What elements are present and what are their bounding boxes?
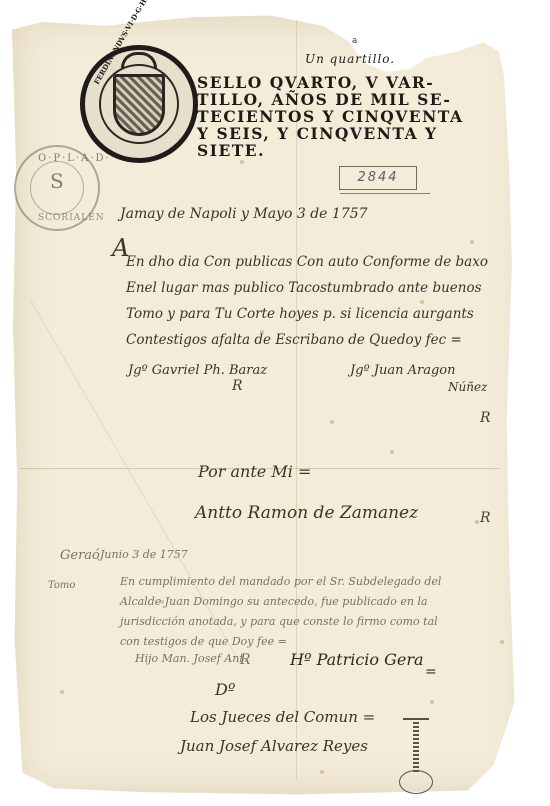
stamp-top-text: O·P·L·A·D· (38, 153, 111, 164)
rubric-mark: = (425, 664, 437, 680)
stamp-price-line: Un quartillo. (305, 52, 395, 66)
stamp-bottom-text: SCORIALEN (38, 213, 105, 223)
stamp-line: SIETE. (197, 142, 522, 159)
closing-initials: Dº (215, 680, 235, 699)
notary-heading: Por ante Mi = (198, 462, 311, 481)
first-dateline: Jamay de Napoli y Mayo 3 de 1757 (120, 206, 368, 222)
second-dateline: Junio 3 de 1757 (100, 548, 188, 561)
margin-note: Tomo (48, 580, 75, 591)
flourish-icon (405, 720, 427, 796)
notary-signature: Antto Ramon de Zamanez (195, 503, 418, 523)
body-line: con testigos de que Doy fee = (120, 635, 287, 648)
body-line: En dho dia Con publicas Con auto Conform… (126, 254, 488, 270)
rubric-mark: R (232, 378, 243, 394)
body-line: jurisdicción anotada, y para que conste … (120, 615, 438, 628)
body-line: En cumplimiento del mandado por el Sr. S… (120, 575, 441, 588)
body-line: Contestigos afalta de Escribano de Quedo… (126, 332, 462, 348)
stamp-line: SELLO QVARTO, V VAR- (197, 74, 522, 91)
witness-signature: Hº Patricio Gera (290, 650, 424, 669)
archive-underline (340, 193, 430, 194)
secondary-circular-stamp: O·P·L·A·D· S SCORIALEN (14, 145, 100, 231)
rubric-mark: R (240, 652, 251, 668)
rubric-mark: R (480, 510, 491, 526)
body-line: Tomo y para Tu Corte hoyes p. si licenci… (126, 306, 474, 322)
folio-mark: a (352, 36, 357, 46)
body-line: Enel lugar mas publico Tacostumbrado ant… (126, 280, 482, 296)
witness-signature-second-line: Núñez (448, 380, 487, 394)
stamp-line: TILLO, AÑOS DE MIL SE- (197, 91, 522, 108)
witness-line: Los Jueces del Comun = (190, 708, 375, 726)
margin-note: Geraó (60, 548, 100, 563)
stamp-line: TECIENTOS Y CINQVENTA (197, 108, 522, 125)
seal-legend: FERDINANDVS·VI·D·G·HISPANIAR·REX (85, 50, 193, 158)
royal-seal: FERDINANDVS·VI·D·G·HISPANIAR·REX (80, 45, 198, 163)
body-line: Alcalde Juan Domingo su antecedo, fue pu… (120, 595, 428, 608)
stamp-monogram: S (50, 169, 64, 193)
final-signature: Juan Josef Alvarez Reyes (180, 737, 368, 755)
rubric-mark: R (480, 410, 491, 426)
stamp-line: Y SEIS, Y CINQVENTA Y (197, 125, 522, 142)
stamp-header-text: SELLO QVARTO, V VAR- TILLO, AÑOS DE MIL … (197, 74, 522, 159)
witness-signature: Jgº Gavriel Ph. Baraz (128, 363, 267, 378)
witness-signature: Hijo Man. Josef Ant. (135, 652, 247, 665)
witness-signature: Jgº Juan Aragon (350, 363, 456, 378)
archive-number-box: 2844 (339, 166, 417, 190)
